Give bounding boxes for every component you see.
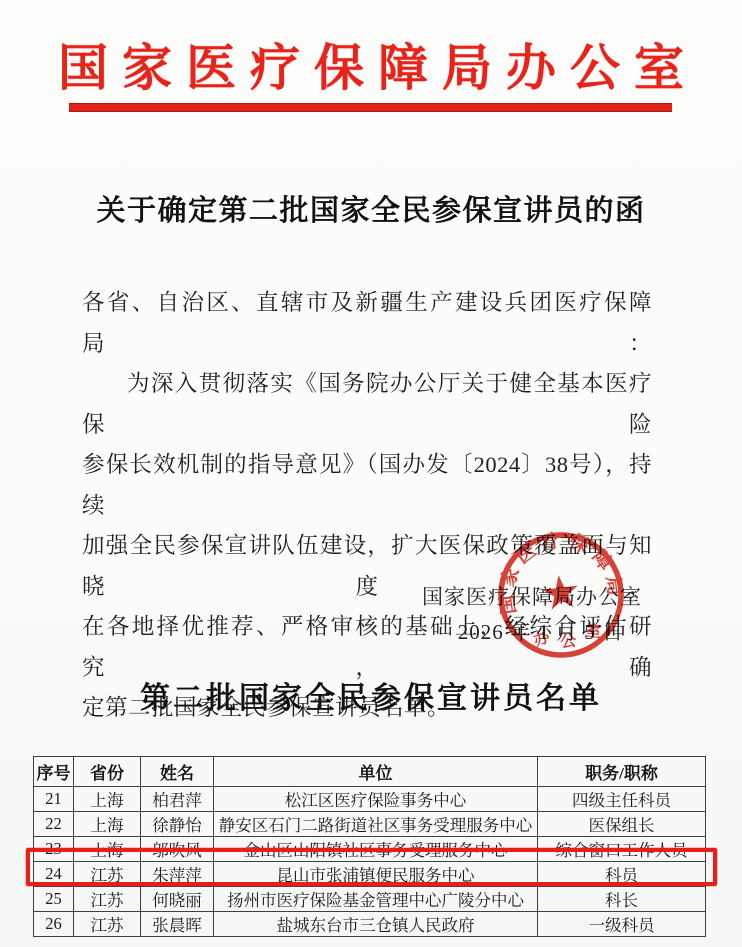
cell-province: 江苏 xyxy=(74,862,141,887)
cell-org: 盐城东台市三仓镇人民政府 xyxy=(214,912,538,937)
table-row: 23 上海 邬吹风 金山区山阳镇社区事务受理服务中心 综合窗口工作人员 xyxy=(34,837,706,862)
cell-seq: 22 xyxy=(34,812,74,837)
body-line: 参保长效机制的指导意见》（国办发〔2024〕38号），持续 xyxy=(82,445,652,526)
cell-province: 江苏 xyxy=(74,887,141,912)
cell-name: 徐静怡 xyxy=(141,812,214,837)
cell-org: 松江区医疗保险事务中心 xyxy=(214,787,538,812)
cell-title: 综合窗口工作人员 xyxy=(538,837,706,862)
cell-name: 朱萍萍 xyxy=(141,862,214,887)
list-title: 第二批国家全民参保宣讲员名单 xyxy=(0,673,742,717)
cell-name: 张晨晖 xyxy=(141,912,214,937)
letterhead-rule xyxy=(69,103,672,112)
body-line: 为深入贯彻落实《国务院办公厅关于健全基本医疗保险 xyxy=(82,364,652,445)
cell-title: 一级科员 xyxy=(538,912,706,937)
table-row-highlighted: 24 江苏 朱萍萍 昆山市张浦镇便民服务中心 科员 xyxy=(34,862,706,887)
cell-title: 科员 xyxy=(538,862,706,887)
cell-province: 上海 xyxy=(74,812,141,837)
cell-org: 昆山市张浦镇便民服务中心 xyxy=(214,862,538,887)
col-header-name: 姓名 xyxy=(141,757,214,787)
col-header-org: 单位 xyxy=(214,757,538,787)
table-row: 25 江苏 何晓丽 扬州市医疗保险基金管理中心广陵分中心 科长 xyxy=(34,887,706,912)
speakers-table: 序号 省份 姓名 单位 职务/职称 21 上海 柏君萍 松江区医疗保险事务中心 … xyxy=(33,756,706,937)
table-header-row: 序号 省份 姓名 单位 职务/职称 xyxy=(34,757,706,787)
table-row: 22 上海 徐静怡 静安区石门二路街道社区事务受理服务中心 医保组长 xyxy=(34,812,706,837)
cell-name: 邬吹风 xyxy=(141,837,214,862)
cell-title: 科长 xyxy=(538,887,706,912)
col-header-seq: 序号 xyxy=(34,757,74,787)
cell-title: 四级主任科员 xyxy=(538,787,706,812)
body-line-greeting: 各省、自治区、直辖市及新疆生产建设兵团医疗保障局： xyxy=(82,283,652,364)
signature-org: 国家医疗保障局办公室 xyxy=(422,581,642,611)
table-row: 21 上海 柏君萍 松江区医疗保险事务中心 四级主任科员 xyxy=(34,787,706,812)
document-title: 关于确定第二批国家全民参保宣讲员的函 xyxy=(0,188,742,229)
cell-seq: 24 xyxy=(34,862,74,887)
cell-title: 医保组长 xyxy=(538,812,706,837)
table-row: 26 江苏 张晨晖 盐城东台市三仓镇人民政府 一级科员 xyxy=(34,912,706,937)
letter-body: 各省、自治区、直辖市及新疆生产建设兵团医疗保障局： 为深入贯彻落实《国务院办公厅… xyxy=(82,283,652,729)
cell-province: 上海 xyxy=(74,787,141,812)
cell-org: 静安区石门二路街道社区事务受理服务中心 xyxy=(214,812,538,837)
col-header-title: 职务/职称 xyxy=(538,757,706,787)
scanned-letter-page: 国家医疗保障局办公室 关于确定第二批国家全民参保宣讲员的函 各省、自治区、直辖市… xyxy=(0,0,742,947)
cell-org: 金山区山阳镇社区事务受理服务中心 xyxy=(214,837,538,862)
signature-date: 2026 年 1 月 5 日 xyxy=(458,616,624,646)
cell-seq: 26 xyxy=(34,912,74,937)
cell-seq: 21 xyxy=(34,787,74,812)
cell-seq: 23 xyxy=(34,837,74,862)
col-header-province: 省份 xyxy=(74,757,141,787)
cell-province: 江苏 xyxy=(74,912,141,937)
cell-province: 上海 xyxy=(74,837,141,862)
cell-org: 扬州市医疗保险基金管理中心广陵分中心 xyxy=(214,887,538,912)
cell-name: 何晓丽 xyxy=(141,887,214,912)
cell-name: 柏君萍 xyxy=(141,787,214,812)
cell-seq: 25 xyxy=(34,887,74,912)
letterhead-title: 国家医疗保障局办公室 xyxy=(0,28,742,100)
